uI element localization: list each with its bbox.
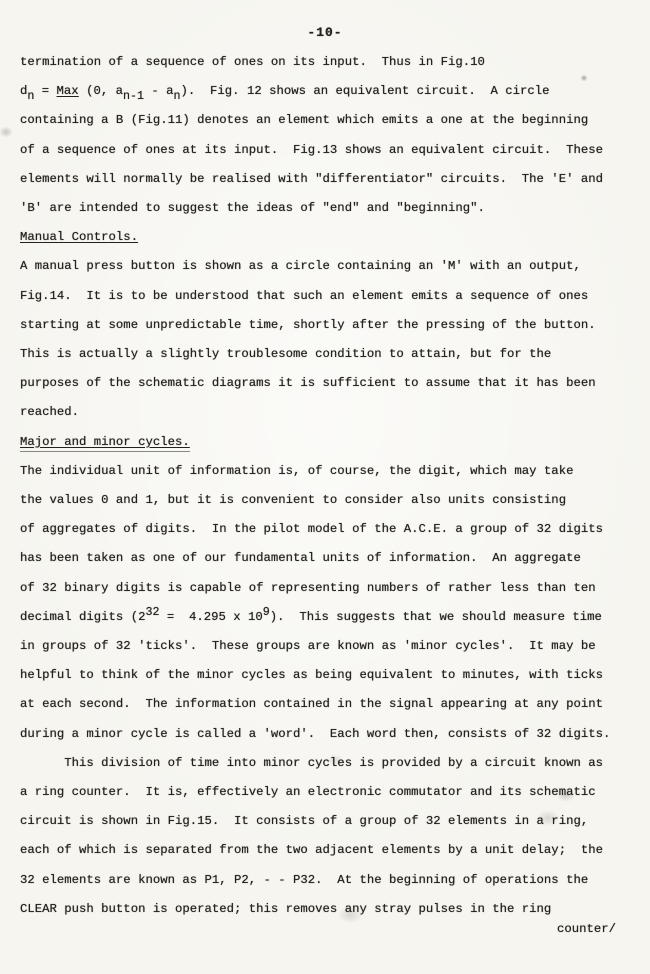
text-segment: of a sequence of ones at its input. Fig.… (20, 143, 603, 157)
text-line: containing a B (Fig.11) denotes an eleme… (20, 106, 650, 135)
subscript-text: n (27, 89, 34, 103)
text-segment: - a (144, 84, 174, 98)
text-line: 'B' are intended to suggest the ideas of… (20, 194, 650, 223)
text-line: the values 0 and 1, but it is convenient… (20, 486, 650, 515)
superscript-text: 9 (263, 605, 270, 619)
text-segment: helpful to think of the minor cycles as … (20, 668, 603, 682)
text-segment: decimal digits (2 (20, 610, 145, 624)
text-segment: purposes of the schematic diagrams it is… (20, 376, 596, 390)
text-segment: circuit is shown in Fig.15. It consists … (20, 814, 588, 828)
text-segment: ). Fig. 12 shows an equivalent circuit. … (181, 84, 550, 98)
text-segment: the values 0 and 1, but it is convenient… (20, 493, 566, 507)
text-line: This division of time into minor cycles … (20, 749, 650, 778)
text-segment: = 4.295 x 10 (159, 610, 262, 624)
text-line: reached. (20, 398, 650, 427)
text-line: a ring counter. It is, effectively an el… (20, 778, 650, 807)
text-line: helpful to think of the minor cycles as … (20, 661, 650, 690)
text-segment: at each second. The information containe… (20, 697, 603, 711)
text-line: Fig.14. It is to be understood that such… (20, 282, 650, 311)
section-heading: Manual Controls. (20, 223, 650, 252)
text-segment: has been taken as one of our fundamental… (20, 551, 581, 565)
text-segment: of 32 binary digits is capable of repres… (20, 581, 596, 595)
text-line: The individual unit of information is, o… (20, 457, 650, 486)
text-segment: containing a B (Fig.11) denotes an eleme… (20, 113, 588, 127)
text-line: circuit is shown in Fig.15. It consists … (20, 807, 650, 836)
underlined-text: Max (57, 84, 79, 98)
scanned-document-page: -10- termination of a sequence of ones o… (0, 0, 650, 974)
section-heading: Major and minor cycles. (20, 428, 650, 457)
document-text-block: termination of a sequence of ones on its… (0, 48, 650, 944)
text-line: of a sequence of ones at its input. Fig.… (20, 136, 650, 165)
text-line: each of which is separated from the two … (20, 836, 650, 865)
text-segment: in groups of 32 'ticks'. These groups ar… (20, 639, 596, 653)
text-line: decimal digits (232 = 4.295 x 109). This… (20, 603, 650, 632)
subscript-text: n-1 (123, 89, 144, 103)
text-segment: This division of time into minor cycles … (20, 756, 603, 770)
text-line: termination of a sequence of ones on its… (20, 48, 650, 77)
text-segment: of aggregates of digits. In the pilot mo… (20, 522, 603, 536)
text-line: A manual press button is shown as a circ… (20, 252, 650, 281)
text-line: purposes of the schematic diagrams it is… (20, 369, 650, 398)
text-line: has been taken as one of our fundamental… (20, 544, 650, 573)
text-line: of aggregates of digits. In the pilot mo… (20, 515, 650, 544)
text-segment: during a minor cycle is called a 'word'.… (20, 727, 610, 741)
text-line: during a minor cycle is called a 'word'.… (20, 720, 650, 749)
text-line: of 32 binary digits is capable of repres… (20, 574, 650, 603)
text-line: 32 elements are known as P1, P2, - - P32… (20, 866, 650, 895)
text-line: in groups of 32 'ticks'. These groups ar… (20, 632, 650, 661)
text-segment: Fig.14. It is to be understood that such… (20, 289, 588, 303)
text-segment: = (34, 84, 56, 98)
text-segment: elements will normally be realised with … (20, 172, 603, 186)
text-segment: CLEAR push button is operated; this remo… (20, 902, 551, 916)
text-line: This is actually a slightly troublesome … (20, 340, 650, 369)
subscript-text: n (174, 89, 181, 103)
text-segment: counter/ (557, 922, 616, 936)
page-number: -10- (0, 0, 650, 40)
text-segment: ). This suggests that we should measure … (270, 610, 602, 624)
text-segment: 32 elements are known as P1, P2, - - P32… (20, 873, 588, 887)
text-segment: a ring counter. It is, effectively an el… (20, 785, 596, 799)
text-line: starting at some unpredictable time, sho… (20, 311, 650, 340)
text-segment: Manual Controls. (20, 230, 138, 244)
text-line: elements will normally be realised with … (20, 165, 650, 194)
text-segment: starting at some unpredictable time, sho… (20, 318, 596, 332)
text-segment: termination of a sequence of ones on its… (20, 55, 485, 69)
text-segment: The individual unit of information is, o… (20, 464, 573, 478)
text-segment: 'B' are intended to suggest the ideas of… (20, 201, 485, 215)
text-segment: reached. (20, 405, 79, 419)
text-segment: This is actually a slightly troublesome … (20, 347, 551, 361)
text-segment: (0, a (79, 84, 123, 98)
text-line: dn = Max (0, an-1 - an). Fig. 12 shows a… (20, 77, 650, 106)
text-segment: A manual press button is shown as a circ… (20, 259, 581, 273)
text-segment: each of which is separated from the two … (20, 843, 603, 857)
text-segment: Major and minor cycles. (20, 435, 190, 452)
text-line: at each second. The information containe… (20, 690, 650, 719)
superscript-text: 32 (145, 605, 159, 619)
